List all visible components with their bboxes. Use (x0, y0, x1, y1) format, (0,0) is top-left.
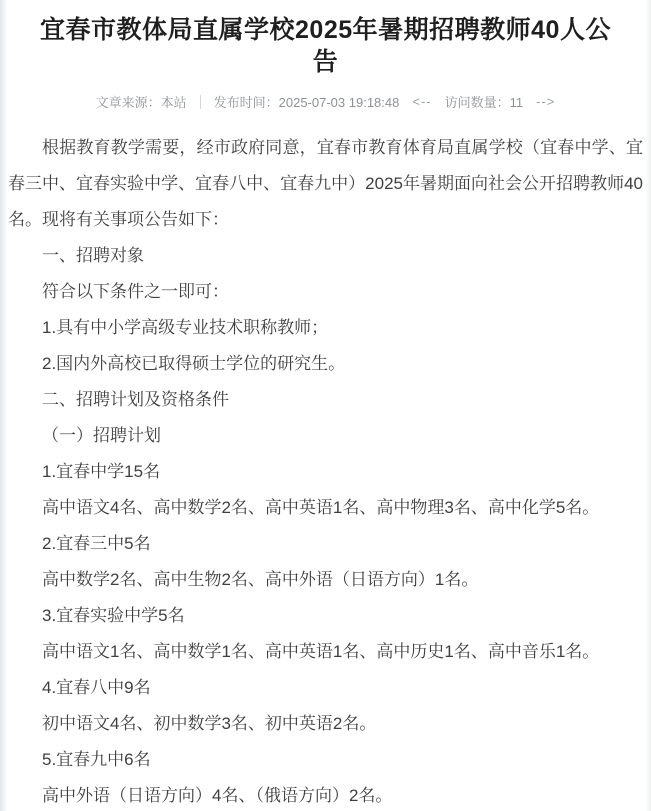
article-paragraph: 一、招聘对象 (8, 238, 643, 274)
article-paragraph: 3.宜春实验中学5名 (8, 598, 643, 634)
article-paragraph: 1.宜春中学15名 (8, 454, 643, 490)
article-paragraph: 高中语文1名、高中数学1名、高中英语1名、高中历史1名、高中音乐1名。 (8, 634, 643, 670)
article-body: 根据教育教学需要，经市政府同意，宜春市教育体育局直属学校（宜春中学、宜春三中、宜… (8, 130, 643, 811)
article-paragraph: 高中数学2名、高中生物2名、高中外语（日语方向）1名。 (8, 562, 643, 598)
article-paragraph: 符合以下条件之一即可： (8, 274, 643, 310)
article-source: 文章来源：本站 (96, 92, 187, 111)
visit-count: 访问数量：11 (445, 92, 524, 111)
article-paragraph: 初中语文4名、初中数学3名、初中英语2名。 (8, 706, 643, 742)
article-paragraph: （一）招聘计划 (8, 418, 643, 454)
article-paragraph: 高中语文4名、高中数学2名、高中英语1名、高中物理3名、高中化学5名。 (8, 490, 643, 526)
meta-divider (200, 95, 201, 109)
comment-marker-close: --> (536, 94, 555, 109)
article-paragraph: 1.具有中小学高级专业技术职称教师； (8, 310, 643, 346)
article-paragraph: 2.国内外高校已取得硕士学位的研究生。 (8, 346, 643, 382)
article-paragraph: 根据教育教学需要，经市政府同意，宜春市教育体育局直属学校（宜春中学、宜春三中、宜… (8, 130, 643, 238)
article-paragraph: 4.宜春八中9名 (8, 670, 643, 706)
page-title: 宜春市教体局直属学校2025年暑期招聘教师40人公告 (36, 14, 615, 78)
comment-marker-open: <-- (412, 94, 431, 109)
article-paragraph: 5.宜春九中6名 (8, 742, 643, 778)
article-meta-bar: 文章来源：本站 发布时间：2025-07-03 19:18:48 <-- 访问数… (8, 92, 643, 111)
announcement-article: 宜春市教体局直属学校2025年暑期招聘教师40人公告 文章来源：本站 发布时间：… (0, 14, 651, 811)
article-paragraph: 2.宜春三中5名 (8, 526, 643, 562)
publish-time: 发布时间：2025-07-03 19:18:48 (214, 92, 400, 111)
article-paragraph: 高中外语（日语方向）4名、（俄语方向）2名。 (8, 778, 643, 811)
article-paragraph: 二、招聘计划及资格条件 (8, 382, 643, 418)
